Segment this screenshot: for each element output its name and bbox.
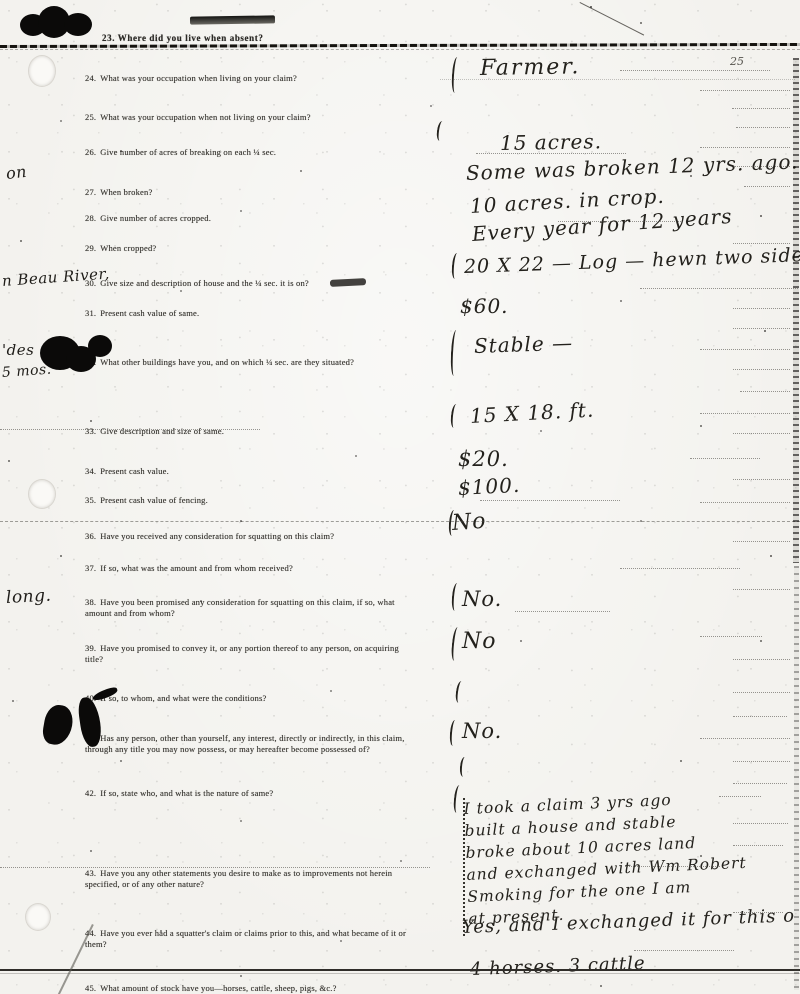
handwritten-answer: 15 acres.: [500, 129, 602, 155]
pen-stroke: [459, 757, 469, 778]
question-number: 42.: [85, 788, 96, 798]
dotted-leader: [733, 659, 790, 660]
dotted-leader: [733, 369, 790, 370]
question-number: 33.: [85, 426, 96, 436]
dotted-leader: [733, 243, 790, 244]
question-number: 34.: [85, 466, 96, 476]
dotted-leader: [733, 761, 790, 762]
question-row: 26.Give number of acres of breaking on e…: [85, 147, 445, 158]
question-row: 44.Have you ever had a squatter's claim …: [85, 928, 415, 949]
ink-blot: [77, 696, 104, 748]
question-number: 29.: [85, 243, 96, 253]
dotted-leader: [476, 153, 626, 154]
dotted-leader: [719, 796, 761, 797]
handwritten-answer: $100.: [457, 473, 520, 500]
question-number: 36.: [85, 531, 96, 541]
question-row: 35.Present cash value of fencing.: [85, 495, 445, 506]
dotted-leader: [700, 502, 790, 503]
question-number: 43.: [85, 868, 96, 878]
handwritten-answer: Stable —: [474, 331, 574, 358]
question-row: 29.When cropped?: [85, 243, 445, 254]
pen-stroke: [455, 681, 466, 704]
dotted-leader: [733, 823, 788, 824]
section-rule: [0, 521, 800, 522]
question-row: 39.Have you promised to convey it, or an…: [85, 643, 415, 664]
dotted-leader: [634, 950, 734, 951]
handwritten-answer: No: [462, 629, 497, 654]
dotted-leader: [558, 221, 683, 222]
question-row: 33.Give description and size of same.: [85, 426, 445, 437]
hole-punch: [28, 55, 56, 87]
pen-stroke: [451, 583, 461, 612]
heavy-rule: [0, 43, 800, 48]
bottom-rule-echo: [0, 973, 800, 974]
question-number: 45.: [85, 983, 96, 993]
question-row: 36.Have you received any consideration f…: [85, 531, 445, 542]
margin-note: on: [5, 162, 28, 183]
question-number: 27.: [85, 187, 96, 197]
question-row: 28.Give number of acres cropped.: [85, 213, 445, 224]
handwritten-answer: 4 horses. 3 cattle: [470, 953, 646, 980]
question-row: 42.If so, state who, and what is the nat…: [85, 788, 445, 799]
question-text: Has any person, other than yourself, any…: [85, 733, 405, 754]
question-row: 38.Have you been promised any considerat…: [85, 597, 415, 618]
dotted-leader: [700, 738, 790, 739]
question-text: If so, to whom, and what were the condit…: [100, 693, 266, 703]
pen-stroke: [453, 785, 464, 814]
faint-rule: [0, 429, 260, 430]
question-text: Present cash value.: [100, 466, 169, 476]
question-number: 31.: [85, 308, 96, 318]
handwritten-answer: No.: [462, 587, 502, 611]
question-text: What amount of stock have you—horses, ca…: [100, 983, 336, 993]
question-number: 26.: [85, 147, 96, 157]
question-number: 25.: [85, 112, 96, 122]
dotted-leader: [733, 589, 790, 590]
hole-punch: [25, 903, 51, 931]
question-text: Have you promised to convey it, or any p…: [85, 643, 399, 664]
dotted-leader: [690, 458, 760, 459]
question-row: 40.If so, to whom, and what were the con…: [85, 693, 445, 704]
dotted-leader: [700, 636, 762, 637]
dotted-leader: [733, 845, 783, 846]
question-text: Present cash value of same.: [100, 308, 199, 318]
dotted-leader: [733, 783, 787, 784]
pen-stroke: [450, 330, 460, 376]
dotted-leader: [733, 692, 790, 693]
handwritten-answer: 15 X 18. ft.: [469, 398, 594, 428]
question-row: 37.If so, what was the amount and from w…: [85, 563, 445, 574]
dotted-leader: [733, 328, 790, 329]
scratch-mark: [580, 2, 645, 36]
question-text: When broken?: [100, 187, 152, 197]
dotted-leader: [480, 500, 620, 501]
dotted-leader: [733, 308, 790, 309]
pen-stroke: [450, 627, 462, 662]
dotted-leader: [700, 413, 790, 414]
question-text: Present cash value of fencing.: [100, 495, 208, 505]
paper-speckle: [0, 0, 2, 2]
dotted-leader: [620, 568, 740, 569]
dotted-leader: [733, 912, 783, 913]
margin-note: 'des: [2, 341, 34, 359]
question-row: 34.Present cash value.: [85, 466, 445, 477]
dotted-leader: [736, 127, 790, 128]
dotted-leader: [700, 147, 790, 148]
question-row: 41.Has any person, other than yourself, …: [85, 733, 417, 754]
question-text: When cropped?: [100, 243, 156, 253]
handwritten-answer: $20.: [458, 447, 509, 471]
dotted-leader: [515, 611, 610, 612]
scanned-document-page: 23. Where did you live when absent? 25 2…: [0, 0, 800, 994]
handwritten-answer: No.: [462, 719, 502, 743]
question-text: If so, state who, and what is the nature…: [100, 788, 273, 798]
handwritten-answer: 20 X 22 — Log — hewn two sides: [464, 244, 800, 278]
question-text: Give description and size of same.: [100, 426, 224, 436]
question-number: 24.: [85, 73, 96, 83]
heavy-rule-echo: [0, 49, 800, 50]
question-text: If so, what was the amount and from whom…: [100, 563, 293, 573]
scan-edge-streak: [793, 58, 799, 563]
ink-blot: [88, 335, 112, 357]
scan-edge-streak: [794, 566, 799, 990]
dotted-leader: [733, 433, 790, 434]
dotted-leader: [744, 186, 790, 187]
faint-rule: [440, 79, 795, 80]
question-text: Have you any other statements you desire…: [85, 868, 392, 889]
ink-blot: [41, 703, 76, 747]
dotted-leader: [625, 866, 720, 867]
pen-stroke: [436, 121, 447, 142]
cutoff-question-line: 23. Where did you live when absent?: [102, 33, 263, 43]
question-row: 25.What was your occupation when not liv…: [85, 112, 445, 123]
question-row: 32.What other buildings have you, and on…: [85, 357, 445, 368]
question-row: 31.Present cash value of same.: [85, 308, 445, 319]
question-row: 43.Have you any other statements you des…: [85, 868, 415, 889]
question-text: Give size and description of house and t…: [100, 278, 309, 288]
dotted-leader: [733, 716, 787, 717]
dotted-leader: [732, 108, 790, 109]
ink-bar-mark: [190, 15, 275, 24]
question-text: Give number of acres cropped.: [100, 213, 211, 223]
question-row: 27.When broken?: [85, 187, 445, 198]
question-number: 39.: [85, 643, 96, 653]
question-text: Have you been promised any consideration…: [85, 597, 395, 618]
dotted-leader: [733, 479, 790, 480]
margin-note: long.: [5, 586, 51, 608]
question-number: 35.: [85, 495, 96, 505]
handwritten-answer: $60.: [460, 294, 509, 318]
question-row: 30.Give size and description of house an…: [85, 278, 445, 289]
dotted-leader: [700, 90, 790, 91]
dotted-leader: [733, 166, 790, 167]
question-text: What other buildings have you, and on wh…: [100, 357, 354, 367]
dotted-leader: [733, 541, 790, 542]
handwritten-answer: Farmer.: [480, 54, 581, 81]
hole-punch: [28, 479, 56, 509]
question-text: What was your occupation when not living…: [100, 112, 310, 122]
pen-stroke: [450, 404, 460, 429]
handwritten-answer: Some was broken 12 yrs. ago.: [466, 149, 799, 185]
dotted-leader: [620, 70, 770, 71]
page-number: 25: [730, 55, 744, 68]
question-text: Have you ever had a squatter's claim or …: [85, 928, 406, 949]
dotted-leader: [700, 349, 790, 350]
question-text: Give number of acres of breaking on each…: [100, 147, 276, 157]
question-text: What was your occupation when living on …: [100, 73, 297, 83]
question-number: 37.: [85, 563, 96, 573]
ink-blot: [64, 13, 92, 36]
dotted-leader: [740, 391, 790, 392]
question-number: 28.: [85, 213, 96, 223]
question-row: 45.What amount of stock have you—horses,…: [85, 983, 445, 994]
dotted-leader: [640, 288, 798, 289]
pen-stroke: [449, 720, 459, 747]
question-row: 24.What was your occupation when living …: [85, 73, 445, 84]
pen-dotted-line: [463, 798, 465, 936]
bottom-rule: [0, 969, 800, 971]
question-text: Have you received any consideration for …: [100, 531, 334, 541]
question-number: 38.: [85, 597, 96, 607]
pen-stroke: [451, 253, 461, 280]
pen-stroke: [451, 57, 461, 93]
faint-rule: [0, 867, 430, 868]
